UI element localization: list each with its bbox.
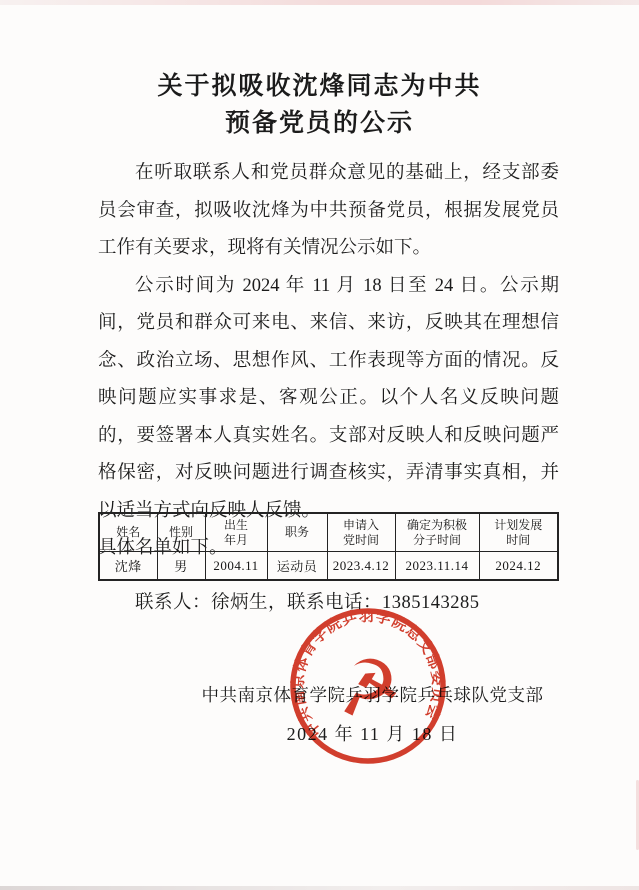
- cell-planned-development-time: 2024.12: [479, 552, 558, 581]
- paragraph-intro: 在听取联系人和党员群众意见的基础上，经支部委员会审查，拟吸收沈烽为中共预备党员，…: [98, 155, 559, 268]
- cell-gender: 男: [157, 552, 205, 581]
- header-birth-date: 出生 年月: [205, 513, 267, 552]
- header-position: 职务: [267, 513, 327, 552]
- document-page: 关于拟吸收沈烽同志为中共 预备党员的公示 在听取联系人和党员群众意见的基础上，经…: [0, 0, 639, 890]
- header-activist-time: 确定为积极 分子时间: [395, 513, 479, 552]
- header-gender: 性别: [157, 513, 205, 552]
- scan-artifact-bottom: [0, 886, 639, 890]
- header-name: 姓名: [99, 513, 157, 552]
- scan-artifact-top: [0, 0, 639, 5]
- cell-birth-date: 2004.11: [205, 552, 267, 581]
- title-line-1: 关于拟吸收沈烽同志为中共: [0, 68, 639, 105]
- cell-position: 运动员: [267, 552, 327, 581]
- signature-branch-name: 中共南京体育学院乒羽学院乒乓球队党支部: [190, 682, 555, 707]
- document-title: 关于拟吸收沈烽同志为中共 预备党员的公示: [0, 68, 639, 142]
- table-row: 沈烽 男 2004.11 运动员 2023.4.12 2023.11.14 20…: [99, 552, 558, 581]
- contact-line: 联系人：徐炳生，联系电话：1385143285: [135, 588, 480, 614]
- cell-name: 沈烽: [99, 552, 157, 581]
- header-application-time: 申请入 党时间: [327, 513, 395, 552]
- header-planned-development-time: 计划发展 时间: [479, 513, 558, 552]
- signature-block: 中共南京体育学院乒羽学院乒乓球队党支部 2024 年 11 月 18 日: [190, 682, 555, 746]
- document-body: 在听取联系人和党员群众意见的基础上，经支部委员会审查，拟吸收沈烽为中共预备党员，…: [98, 155, 559, 568]
- table-header-row: 姓名 性别 出生 年月 职务 申请入 党时间 确定为积极 分: [99, 513, 558, 552]
- title-line-2: 预备党员的公示: [0, 105, 639, 142]
- paragraph-publicity-period: 公示时间为 2024 年 11 月 18 日至 24 日。公示期间，党员和群众可…: [98, 268, 559, 531]
- candidate-info-table: 姓名 性别 出生 年月 职务 申请入 党时间 确定为积极 分: [98, 512, 559, 581]
- cell-application-time: 2023.4.12: [327, 552, 395, 581]
- cell-activist-time: 2023.11.14: [395, 552, 479, 581]
- signature-date: 2024 年 11 月 18 日: [190, 720, 555, 746]
